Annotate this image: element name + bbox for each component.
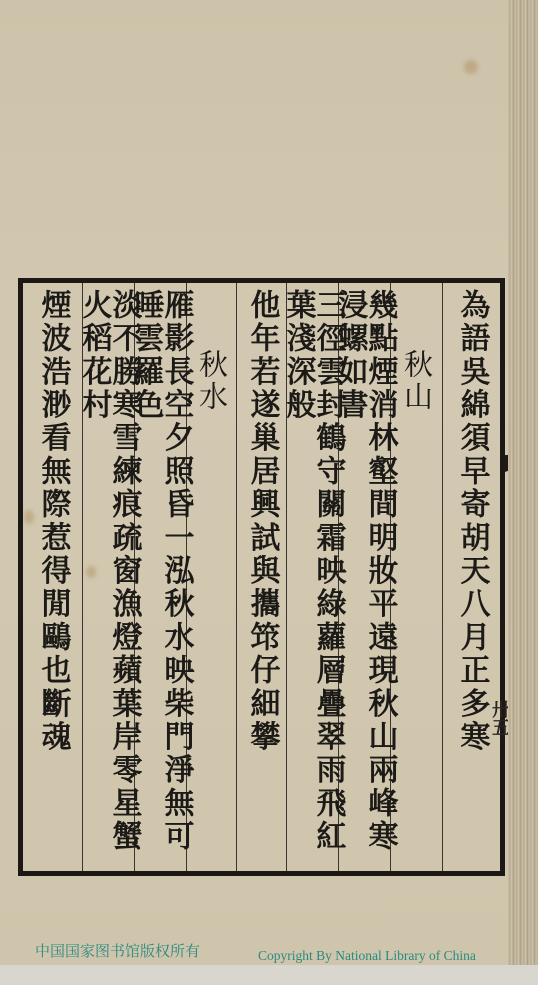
poem-title: 秋水 xyxy=(197,349,226,413)
verse-column: 三徑雲封鶴守關霜映綠蘿層疊翠雨飛紅葉淺深般 xyxy=(286,283,338,871)
stacked-page-edges xyxy=(508,0,538,965)
verse-text: 淡不勝寒雪練痕疏窗漁燈蘋葉岸零星蟹火稻花村 xyxy=(79,289,139,871)
poem-title: 秋山 xyxy=(402,349,431,413)
watermark-chinese: 中国国家图书馆版权所有 xyxy=(35,940,200,961)
book-page: 為語吳綿須早寄胡天八月正多寒 秋山 幾點煙消林壑間明妝平遠現秋山兩峰寒浸螺如書 … xyxy=(0,0,508,965)
verse-column: 煙波浩渺看無際惹得閒鷗也斷魂 xyxy=(23,283,82,871)
verse-column: 他年若遂巢居興試與攜筇仔細攀 xyxy=(236,283,286,871)
verse-column: 淡不勝寒雪練痕疏窗漁燈蘋葉岸零星蟹火稻花村 xyxy=(82,283,134,871)
paper-stain xyxy=(464,60,478,74)
verse-text: 為語吳綿須早寄胡天八月正多寒 xyxy=(457,289,487,754)
verse-column: 為語吳綿須早寄胡天八月正多寒 xyxy=(442,283,500,871)
verse-text: 他年若遂巢居興試與攜筇仔細攀 xyxy=(247,289,277,754)
text-columns: 為語吳綿須早寄胡天八月正多寒 秋山 幾點煙消林壑間明妝平遠現秋山兩峰寒浸螺如書 … xyxy=(23,283,500,871)
scan-background xyxy=(0,965,538,985)
verse-text: 煙波浩渺看無際惹得閒鷗也斷魂 xyxy=(38,289,68,754)
watermark-english: Copyright By National Library of China xyxy=(258,948,476,964)
verse-text: 三徑雲封鶴守關霜映綠蘿層疊翠雨飛紅葉淺深般 xyxy=(283,289,343,871)
print-frame: 為語吳綿須早寄胡天八月正多寒 秋山 幾點煙消林壑間明妝平遠現秋山兩峰寒浸螺如書 … xyxy=(18,278,505,876)
